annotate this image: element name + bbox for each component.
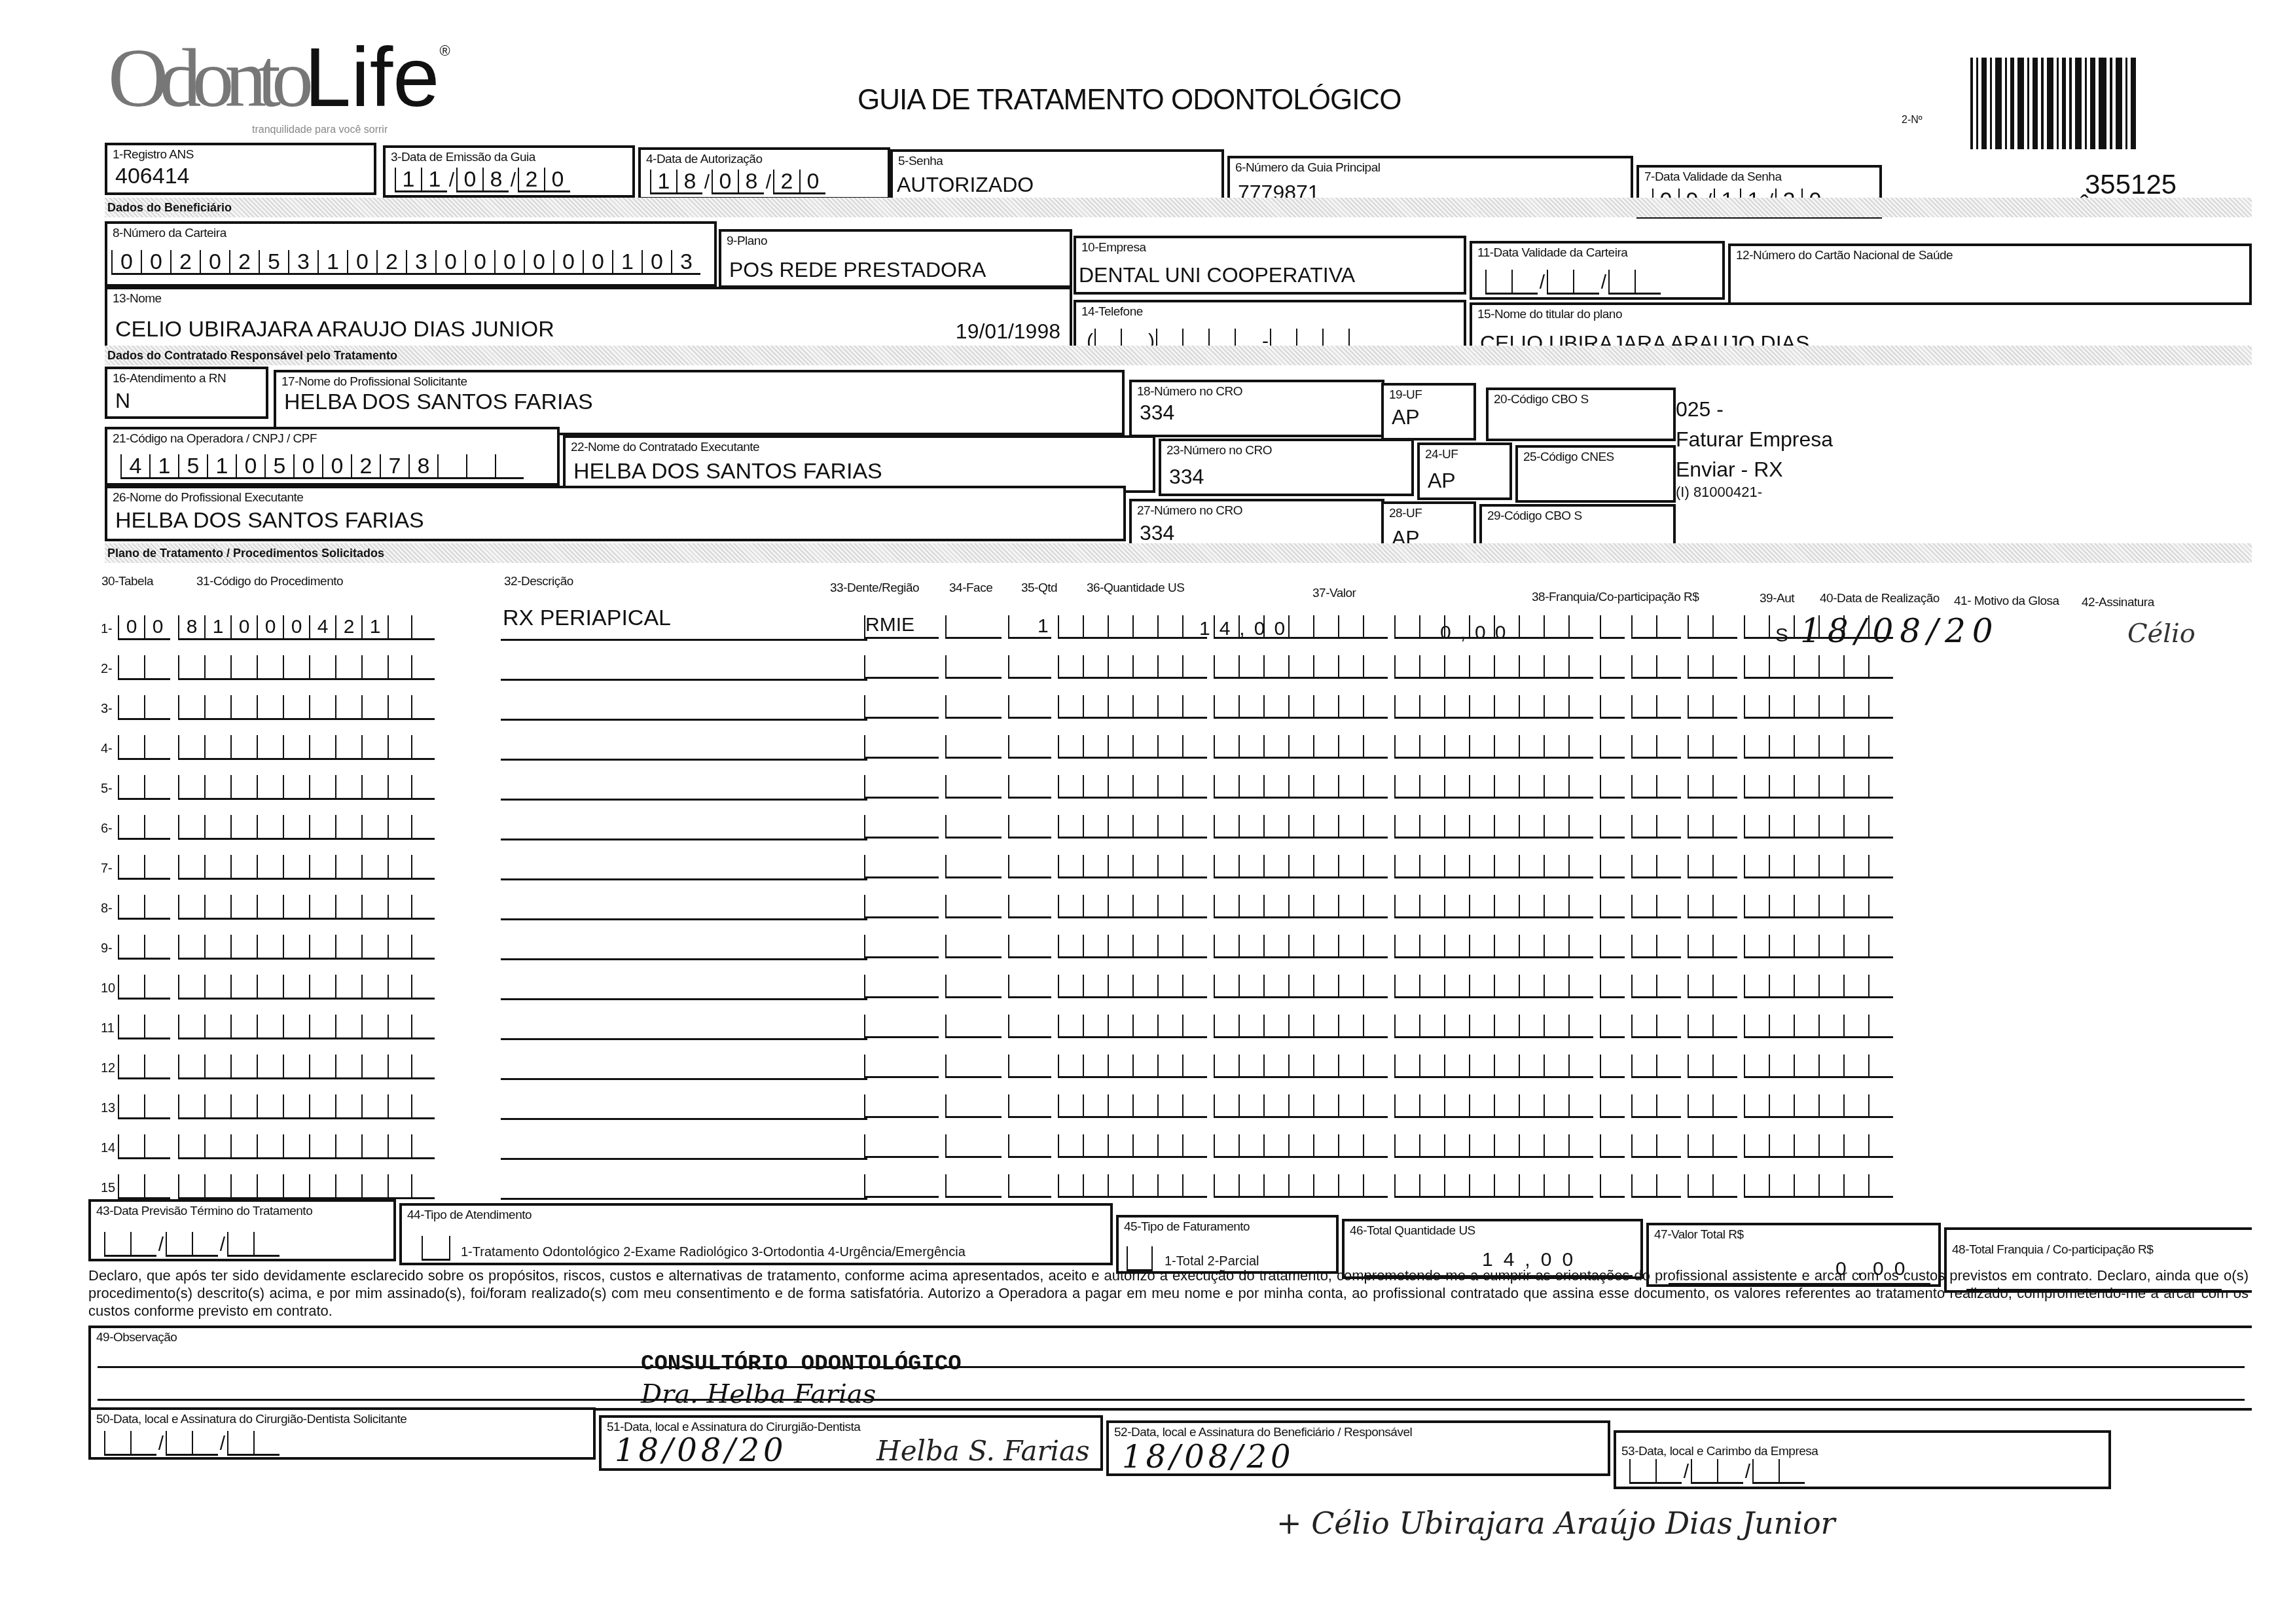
operadora-digit: [495, 454, 524, 479]
field-observacao[interactable]: 49-Observação CONSULTÓRIO ODONTOLÓGICO D…: [88, 1326, 2252, 1411]
field-previsao-termino[interactable]: 43-Data Previsão Término do Tratamento /…: [88, 1199, 396, 1261]
field-empresa[interactable]: 10-Empresa DENTAL UNI COOPERATIVA: [1074, 236, 1466, 295]
field-atendimento-rn[interactable]: 16-Atendimento a RN N: [105, 367, 268, 419]
executante-date: 18/08/20: [615, 1432, 787, 1469]
field-cro-solicitante[interactable]: 18-Número no CRO 334: [1129, 380, 1384, 437]
carteira-digit: 0: [494, 250, 524, 275]
row-number: 4-: [101, 742, 113, 757]
field-plano[interactable]: 9-Plano POS REDE PRESTADORA: [719, 229, 1072, 288]
birth-date: 19/01/1998: [956, 319, 1060, 344]
carteira-digit: 0: [583, 250, 612, 275]
field-registro-ans[interactable]: 1-Registro ANS 406414: [105, 143, 376, 195]
carteira-digit: 0: [435, 250, 465, 275]
logo: OdontoLife®: [108, 29, 450, 121]
carteira-digit: 2: [170, 250, 200, 275]
row-number: 14: [101, 1141, 115, 1156]
col-dente: 33-Dente/Região: [830, 581, 919, 596]
table-row[interactable]: 5-: [98, 768, 2245, 806]
carteira-digit: 0: [642, 250, 671, 275]
row-number: 13: [101, 1101, 115, 1116]
field-data-autorizacao[interactable]: 4-Data de Autorização 18/ 08/ 20: [638, 147, 890, 200]
section-contratado: Dados do Contratado Responsável pelo Tra…: [105, 346, 2252, 365]
field-prof-executante[interactable]: 26-Nome do Profissional Executante HELBA…: [105, 486, 1126, 541]
carteira-digit: 5: [259, 250, 288, 275]
operadora-digit: 5: [264, 454, 293, 479]
col-qtd: 35-Qtd: [1021, 581, 1057, 596]
operadora-digit: 0: [293, 454, 322, 479]
row-number: 2-: [101, 662, 113, 677]
operadora-digit: 8: [408, 454, 437, 479]
field-uf-solicitante[interactable]: 19-UF AP: [1381, 383, 1476, 441]
table-row[interactable]: 6-: [98, 808, 2245, 846]
logo-tagline: tranquilidade para você sorrir: [252, 124, 388, 136]
operadora-digit: 0: [322, 454, 351, 479]
col-face: 34-Face: [949, 581, 992, 596]
table-row[interactable]: 10: [98, 968, 2245, 1006]
field-cbos-solicitante[interactable]: 20-Código CBO S: [1486, 388, 1676, 441]
prof-solicitante-value: HELBA DOS SANTOS FARIAS: [284, 389, 593, 415]
field-nome[interactable]: 13-Nome CELIO UBIRAJARA ARAUJO DIAS JUNI…: [105, 287, 1072, 352]
operadora-digit: [437, 454, 466, 479]
table-row[interactable]: 3-: [98, 689, 2245, 727]
table-row[interactable]: 9-: [98, 928, 2245, 966]
col-descricao: 32-Descrição: [504, 575, 573, 589]
carteira-digit: 0: [465, 250, 494, 275]
page-title: GUIA DE TRATAMENTO ODONTOLÓGICO: [858, 84, 1401, 117]
row-number: 11: [101, 1021, 115, 1036]
operadora-digit: 5: [178, 454, 207, 479]
field-data-emissao[interactable]: 3-Data de Emissão da Guia 11/ 08/ 20: [383, 145, 635, 198]
row-number: 1-: [101, 622, 113, 637]
table-row[interactable]: 2-: [98, 649, 2245, 687]
section-beneficiario: Dados do Beneficiário: [105, 198, 2252, 217]
row-number: 10: [101, 981, 115, 996]
field-tipo-atendimento[interactable]: 44-Tipo de Atendimento 1-Tratamento Odon…: [399, 1203, 1113, 1265]
field-tipo-faturamento[interactable]: 45-Tipo de Faturamento 1-Total 2-Parcial: [1116, 1215, 1339, 1274]
field-assin-beneficiario[interactable]: 52-Data, local e Assinatura do Beneficiá…: [1106, 1420, 1610, 1476]
declaration-text: Declaro, que após ter sido devidamente e…: [88, 1267, 2249, 1320]
table-row[interactable]: 13: [98, 1088, 2245, 1126]
field-contratado-executante[interactable]: 22-Nome do Contratado Executante HELBA D…: [563, 435, 1155, 493]
field-carimbo-empresa[interactable]: 53-Data, local e Carimbo da Empresa //: [1614, 1430, 2111, 1489]
row-number: 8-: [101, 901, 113, 916]
row1-data: 18/08/20: [1800, 612, 2000, 650]
field-cartao-sus[interactable]: 12-Número do Cartão Nacional de Saúde: [1728, 244, 2252, 306]
row1-valor: 0,00: [1440, 622, 1515, 644]
barcode: [1970, 58, 2139, 149]
table-row[interactable]: 4-: [98, 729, 2245, 767]
table-row[interactable]: 15: [98, 1168, 2245, 1206]
logo-text-odonto: Odonto: [108, 31, 304, 124]
plano-value: POS REDE PRESTADORA: [729, 258, 986, 282]
field-cro-contratado[interactable]: 23-Número no CRO 334: [1159, 439, 1414, 496]
row-number: 7-: [101, 861, 113, 876]
senha-value: AUTORIZADO: [897, 173, 1034, 197]
table-row[interactable]: 8-: [98, 888, 2245, 926]
operadora-digit: 1: [207, 454, 236, 479]
guia-number-label: 2-Nº: [1902, 115, 1923, 126]
beneficiario-date: 18/08/20: [1122, 1439, 1295, 1475]
row1-aut: S: [1775, 624, 1788, 647]
col-tabela: 30-Tabela: [101, 575, 153, 589]
carteira-digit: 0: [347, 250, 376, 275]
row1-us: 14,00: [1199, 618, 1294, 640]
row-number: 12: [101, 1061, 115, 1076]
carteira-digit: 0: [141, 250, 170, 275]
row-number: 15: [101, 1181, 115, 1196]
tipo-atendimento-options: 1-Tratamento Odontológico 2-Exame Radiol…: [461, 1245, 966, 1260]
carteira-digit: 0: [553, 250, 583, 275]
row-number: 6-: [101, 821, 113, 837]
operadora-digit: 7: [380, 454, 408, 479]
operadora-digit: [466, 454, 495, 479]
field-validade-carteira[interactable]: 11-Data Validade da Carteira //: [1470, 241, 1725, 300]
nome-value: CELIO UBIRAJARA ARAUJO DIAS JUNIOR: [115, 317, 554, 342]
field-cnes[interactable]: 25-Código CNES: [1515, 445, 1676, 503]
operadora-digit: 4: [120, 454, 149, 479]
table-row[interactable]: 11: [98, 1008, 2245, 1046]
col-glosa: 41- Motivo da Glosa: [1954, 594, 2059, 609]
field-carteira[interactable]: 8-Número da Carteira 0020253102300000010…: [105, 221, 717, 287]
carteira-digit: 0: [200, 250, 229, 275]
col-data-realizacao: 40-Data de Realização: [1820, 592, 1940, 606]
carteira-digit: 3: [671, 250, 700, 275]
carteira-digit: 2: [376, 250, 406, 275]
carteira-digit: 1: [612, 250, 642, 275]
handwritten-name: + Célio Ubirajara Araújo Dias Junior: [1276, 1506, 1835, 1541]
col-quantidade-us: 36-Quantidade US: [1087, 581, 1184, 596]
carteira-digit: 3: [406, 250, 435, 275]
registro-ans-value: 406414: [115, 164, 189, 189]
col-aut: 39-Aut: [1760, 592, 1794, 606]
row1-descricao: RX PERIAPICAL: [503, 605, 671, 631]
operadora-digit: 0: [236, 454, 264, 479]
field-assin-executante[interactable]: 51-Data, local e Assinatura do Cirurgião…: [599, 1415, 1103, 1471]
col-valor: 37-Valor: [1312, 586, 1356, 601]
table-row[interactable]: 14: [98, 1128, 2245, 1166]
row-number: 5-: [101, 782, 113, 797]
carteira-digit: 2: [229, 250, 259, 275]
col-franquia: 38-Franquia/Co-participação R$: [1532, 590, 1699, 605]
field-senha[interactable]: 5-Senha AUTORIZADO: [890, 149, 1224, 205]
carteira-digit: 0: [524, 250, 553, 275]
stamp-signature: Dra. Helba Farias: [641, 1379, 876, 1409]
carteira-digit: 0: [111, 250, 141, 275]
stamp-consultorio: CONSULTÓRIO ODONTOLÓGICO: [641, 1352, 962, 1377]
col-codigo: 31-Código do Procedimento: [196, 575, 343, 589]
col-assinatura: 42-Assinatura: [2082, 596, 2154, 610]
table-row[interactable]: 7-: [98, 848, 2245, 886]
row1-dente: RMIE: [865, 614, 914, 636]
atendimento-rn-value: N: [115, 389, 130, 413]
carteira-digit: 1: [317, 250, 347, 275]
empresa-value: DENTAL UNI COOPERATIVA: [1079, 263, 1355, 287]
operadora-digit: 1: [149, 454, 178, 479]
field-assin-solicitante[interactable]: 50-Data, local e Assinatura do Cirurgião…: [88, 1407, 596, 1460]
row-number: 3-: [101, 702, 113, 717]
table-row[interactable]: 12: [98, 1048, 2245, 1086]
row1-assinatura: Célio: [2127, 619, 2196, 649]
side-note: 025 - Faturar Empresa Enviar - RX (I) 81…: [1676, 394, 1833, 500]
field-codigo-operadora[interactable]: 21-Código na Operadora / CNPJ / CPF 4151…: [105, 427, 560, 486]
row-number: 9-: [101, 941, 113, 956]
section-plano-tratamento: Plano de Tratamento / Procedimentos Soli…: [105, 543, 2252, 563]
logo-registered-mark: ®: [439, 43, 450, 59]
field-uf-contratado[interactable]: 24-UF AP: [1417, 442, 1512, 500]
logo-text-life: Life: [304, 31, 439, 124]
field-prof-solicitante[interactable]: 17-Nome do Profissional Solicitante HELB…: [274, 370, 1125, 435]
executante-signature: Helba S. Farias: [876, 1435, 1090, 1467]
operadora-digit: 2: [351, 454, 380, 479]
carteira-digit: 3: [288, 250, 317, 275]
row1-qtd: 1: [1038, 615, 1049, 638]
